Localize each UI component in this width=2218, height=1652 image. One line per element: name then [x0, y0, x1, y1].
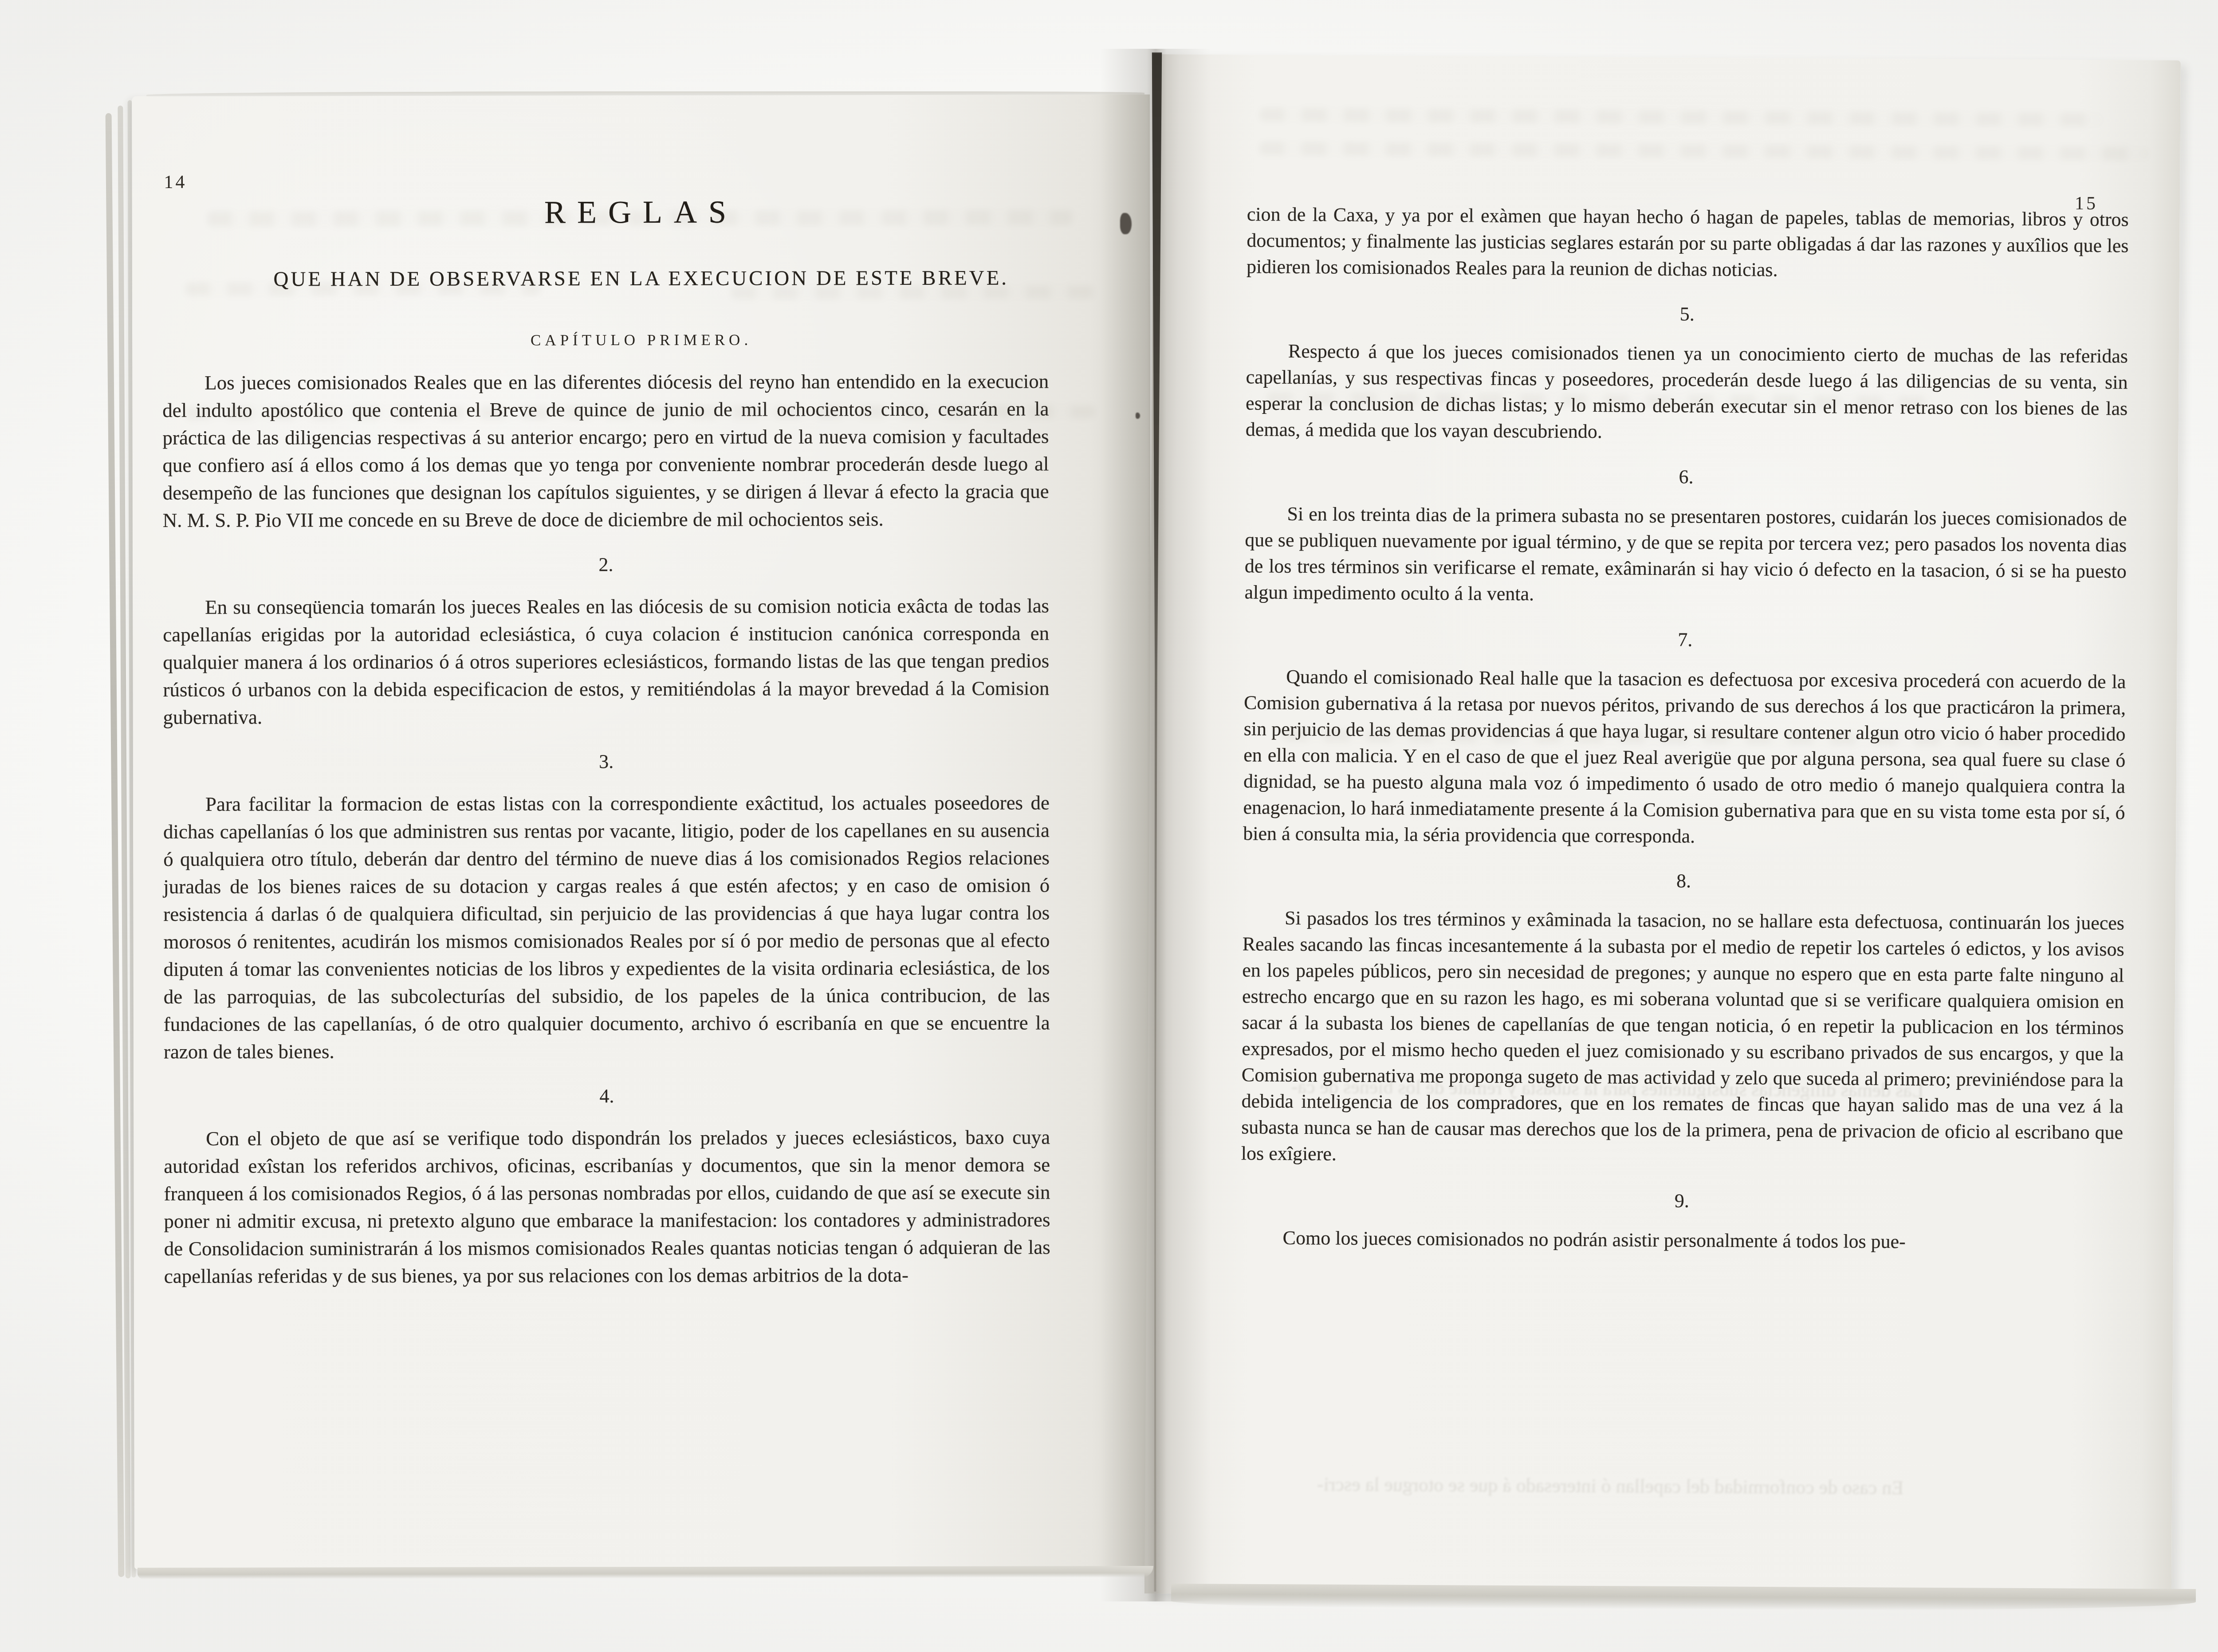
- section-8-paragraph: Si pasados los tres términos y exâminada…: [1241, 905, 2125, 1172]
- section-6-paragraph: Si en los treinta dias de la primera sub…: [1244, 500, 2127, 610]
- page-title: REGLAS: [158, 193, 1123, 232]
- section-4-continuation-paragraph: cion de la Caxa, y ya por el exàmen que …: [1247, 201, 2129, 285]
- section-5-number: 5.: [1246, 298, 2128, 330]
- section-4-paragraph: Con el objeto de que así se verifique to…: [164, 1123, 1050, 1290]
- section-9-number: 9.: [1241, 1185, 2123, 1216]
- chapter-heading: CAPÍTULO PRIMERO.: [159, 330, 1124, 350]
- section-6-number: 6.: [1245, 461, 2127, 492]
- section-2-paragraph: En su conseqüencia tomarán los jueces Re…: [163, 592, 1050, 731]
- bleedthrough-smudge: [1260, 142, 2147, 160]
- section-3-paragraph: Para facilitar la formacion de estas lis…: [163, 789, 1050, 1065]
- bottom-sheet-edge-right: [1171, 1584, 2196, 1612]
- section-3-number: 3.: [163, 747, 1050, 776]
- section-5-paragraph: Respecto á que los jueces comisionados t…: [1246, 338, 2128, 448]
- section-9-paragraph: Como los jueces comisionados no podrán a…: [1241, 1224, 2123, 1256]
- section-8-number: 8.: [1243, 865, 2124, 897]
- ink-speck: [1136, 413, 1140, 419]
- left-text-column: Los jueces comisionados Reales que en la…: [162, 367, 1050, 1290]
- section-1-paragraph: Los jueces comisionados Reales que en la…: [162, 367, 1049, 534]
- page-number-left: 14: [164, 172, 187, 193]
- section-7-paragraph: Quando el comisionado Real halle que la …: [1243, 663, 2126, 852]
- section-2-number: 2.: [163, 550, 1049, 579]
- right-text-column: cion de la Caxa, y ya por el exàmen que …: [1241, 201, 2129, 1256]
- page-subtitle: QUE HAN DE OBSERVARSE EN LA EXECUCION DE…: [141, 266, 1141, 291]
- ink-speck: [1120, 213, 1132, 234]
- section-7-number: 7.: [1244, 624, 2126, 655]
- right-page: 15 Las demas diligencias subsiguientes p…: [1144, 54, 2181, 1600]
- bleedthrough-line: En caso de conformidad del capellan ó in…: [1238, 1472, 1903, 1499]
- left-page: 14 REGLAS QUE HAN DE OBSERVARSE EN LA EX…: [132, 94, 1152, 1569]
- bottom-sheet-edge-left: [138, 1566, 1153, 1579]
- bleedthrough-smudge: [1260, 108, 2103, 126]
- section-4-number: 4.: [164, 1082, 1050, 1110]
